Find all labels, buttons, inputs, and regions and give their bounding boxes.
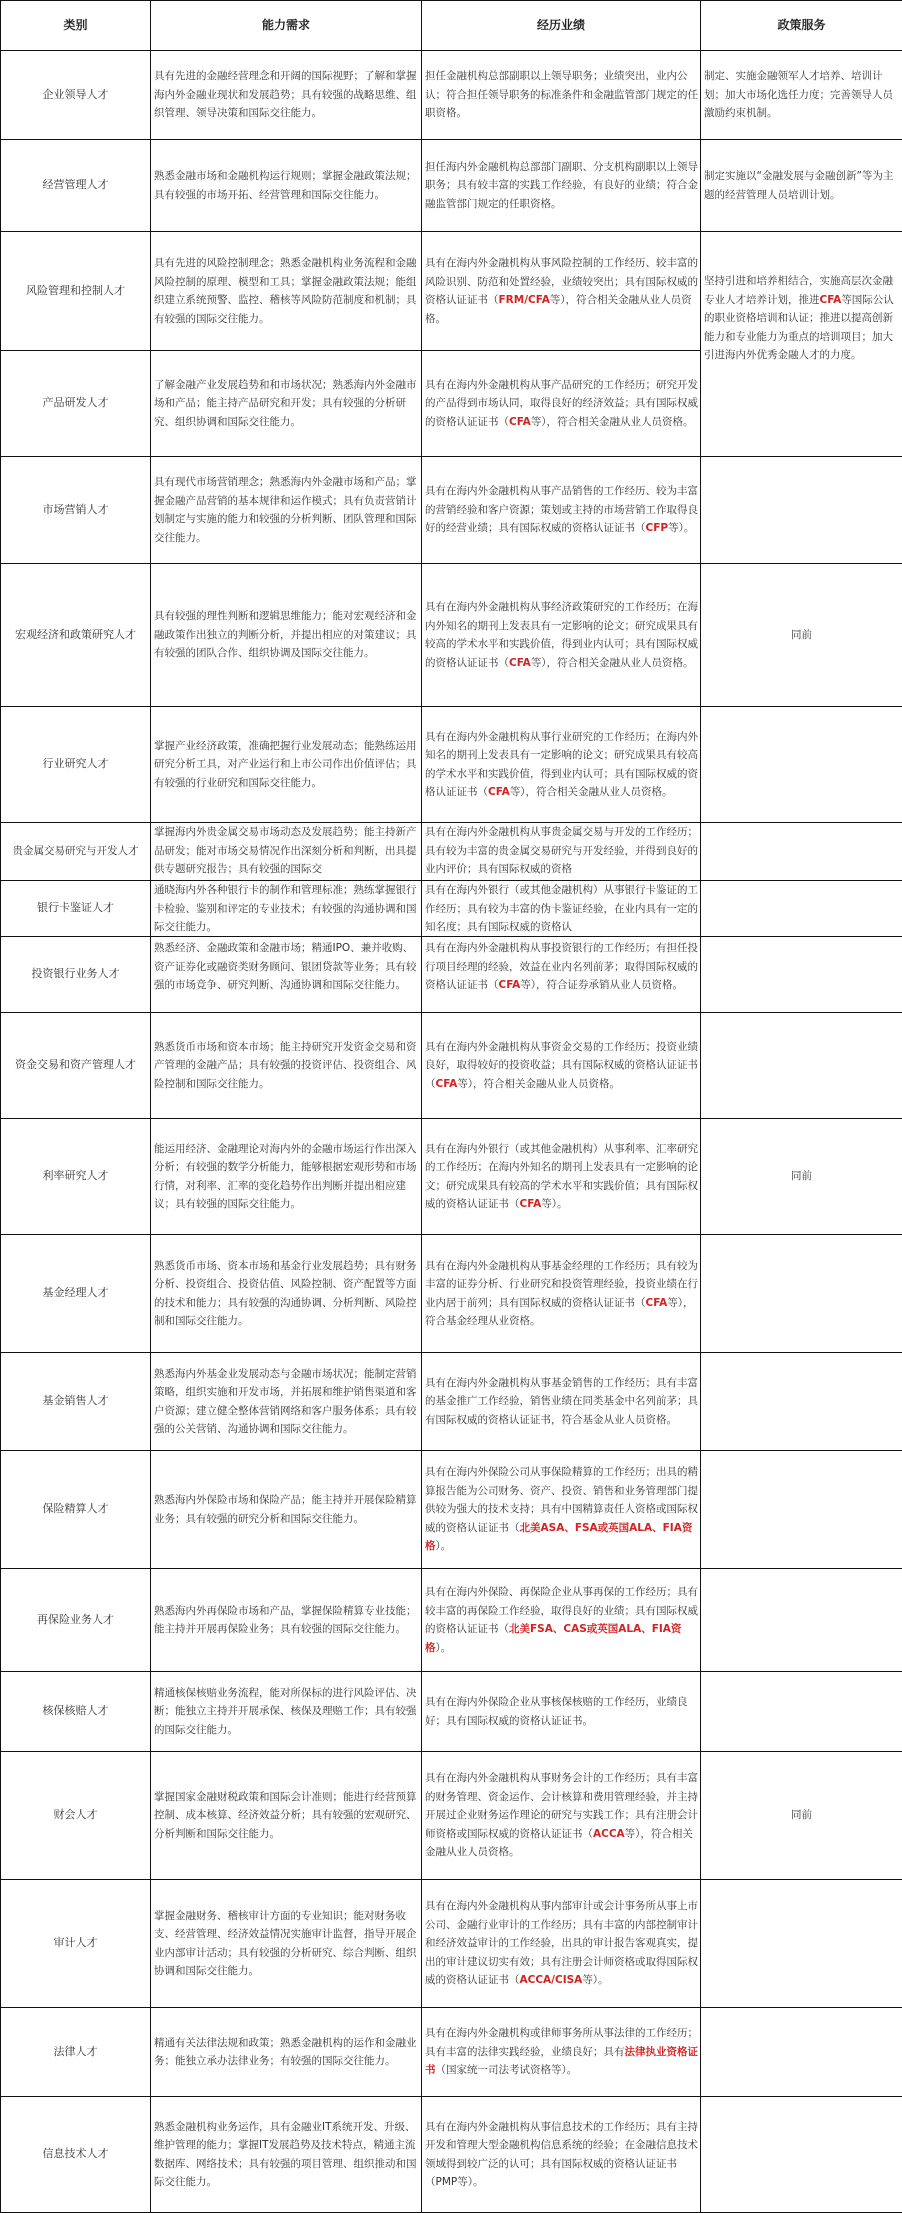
category-cell: 宏观经济和政策研究人才 xyxy=(1,564,151,707)
category-cell: 信息技术人才 xyxy=(1,2097,151,2213)
experience-text-post: （国家统一司法考试资格等）。 xyxy=(436,2064,578,2076)
table-row: 银行卡鉴证人才 通晓海内外各种银行卡的制作和管理标准；熟练掌握银行卡检验、鉴别和… xyxy=(1,881,902,937)
table-row: 核保核赔人才 精通核保核赔业务流程，能对所保标的进行风险评估、决断；能独立主持并… xyxy=(1,1672,902,1752)
policy-cell xyxy=(701,881,902,937)
table-row: 基金销售人才 熟悉海内外基金业发展动态与金融市场状况；能制定营销策略，组织实施和… xyxy=(1,1353,902,1451)
experience-text: 具有在海内外银行（或其他金融机构）从事银行卡鉴证的工作经历；具有较为丰富的伪卡鉴… xyxy=(425,881,698,934)
experience-text-post: 等），符合证券承销从业人员资格。 xyxy=(520,979,683,991)
ability-cell: 熟悉海内外保险市场和保险产品；能主持并开展保险精算业务；具有较强的研究分析和国际… xyxy=(151,1451,422,1569)
certificate-highlight: ACCA/CISA xyxy=(520,1974,583,1986)
ability-cell: 熟悉货币市场和资本市场；能主持研究开发资金交易和资产管理的金融产品；具有较强的投… xyxy=(151,1013,422,1119)
category-cell: 资金交易和资产管理人才 xyxy=(1,1013,151,1119)
experience-cell: 具有在海内外金融机构从事产品研究的工作经历；研究开发的产品得到市场认同，取得良好… xyxy=(422,351,701,457)
ability-cell: 精通核保核赔业务流程，能对所保标的进行风险评估、决断；能独立主持并开展承保、核保… xyxy=(151,1672,422,1752)
table-row: 信息技术人才 熟悉金融机构业务运作，具有金融业IT系统开发、升级、维护管理的能力… xyxy=(1,2097,902,2213)
ability-text: 通晓海内外各种银行卡的制作和管理标准；熟练掌握银行卡检验、鉴别和评定的专业技术；… xyxy=(154,881,419,934)
experience-cell: 具有在海内外金融机构从事信息技术的工作经历；具有主持开发和管理大型金融机构信息系… xyxy=(422,2097,701,2213)
table-row: 宏观经济和政策研究人才 具有较强的理性判断和逻辑思维能力；能对宏观经济和金融政策… xyxy=(1,564,902,707)
certificate-highlight: CFA xyxy=(509,416,531,428)
table-header-row: 类别 能力需求 经历业绩 政策服务 xyxy=(1,1,902,51)
policy-cell xyxy=(701,1235,902,1353)
experience-cell: 担任金融机构总部副职以上领导职务；业绩突出，业内公认；符合担任领导职务的标准条件… xyxy=(422,51,701,140)
certificate-highlight: CFA xyxy=(488,786,510,798)
certificate-highlight: CFA xyxy=(646,1297,668,1309)
category-cell: 保险精算人才 xyxy=(1,1451,151,1569)
policy-cell xyxy=(701,937,902,1013)
experience-cell: 担任海内外金融机构总部部门副职、分支机构副职以上领导职务；具有较丰富的实践工作经… xyxy=(422,140,701,232)
table-row: 审计人才 掌握金融财务、稽核审计方面的专业知识；能对财务收支、经营管理、经济效益… xyxy=(1,1880,902,2008)
table-row: 法律人才 精通有关法律法规和政策；熟悉金融机构的运作和金融业务；能独立承办法律业… xyxy=(1,2008,902,2097)
header-category: 类别 xyxy=(1,1,151,51)
table-row: 财会人才 掌握国家金融财税政策和国际会计准则；能进行经营预算控制、成本核算、经济… xyxy=(1,1752,902,1880)
experience-text-post: 等），符合相关金融从业人员资格。 xyxy=(531,416,694,428)
category-cell: 利率研究人才 xyxy=(1,1119,151,1235)
experience-cell: 具有在海内外金融机构从事财务会计的工作经历；具有丰富的财务管理、资金运作、会计核… xyxy=(422,1752,701,1880)
category-cell: 企业领导人才 xyxy=(1,51,151,140)
header-policy: 政策服务 xyxy=(701,1,902,51)
ability-cell: 具有先进的风险控制理念；熟悉金融机构业务流程和金融风险控制的原理、模型和工具；掌… xyxy=(151,232,422,351)
table-row: 资金交易和资产管理人才 熟悉货币市场和资本市场；能主持研究开发资金交易和资产管理… xyxy=(1,1013,902,1119)
experience-text-post: 等），符合相关金融从业人员资格。 xyxy=(457,1078,620,1090)
experience-text-post: ）。 xyxy=(436,1642,452,1654)
ability-cell: 具有较强的理性判断和逻辑思维能力；能对宏观经济和金融政策作出独立的判断分析，并提… xyxy=(151,564,422,707)
experience-text-post: ）。 xyxy=(436,1540,452,1552)
table-row: 企业领导人才 具有先进的金融经营理念和开阔的国际视野；了解和掌握海内外金融业现状… xyxy=(1,51,902,140)
ability-cell: 掌握海内外贵金属交易市场动态及发展趋势；能主持新产品研发；能对市场交易情况作出深… xyxy=(151,823,422,881)
experience-cell: 具有在海内外金融机构从事基金经理的工作经历；具有较为丰富的证券分析、行业研究和投… xyxy=(422,1235,701,1353)
experience-cell: 具有在海内外金融机构从事基金销售的工作经历；具有丰富的基金推广工作经验，销售业绩… xyxy=(422,1353,701,1451)
experience-cell: 具有在海内外银行（或其他金融机构）从事银行卡鉴证的工作经历；具有较为丰富的伪卡鉴… xyxy=(422,881,701,937)
policy-cell: 同前 xyxy=(701,1119,902,1235)
category-cell: 基金经理人才 xyxy=(1,1235,151,1353)
category-cell: 投资银行业务人才 xyxy=(1,937,151,1013)
ability-cell: 掌握国家金融财税政策和国际会计准则；能进行经营预算控制、成本核算、经济效益分析；… xyxy=(151,1752,422,1880)
header-experience: 经历业绩 xyxy=(422,1,701,51)
experience-cell: 具有在海内外金融机构从事资金交易的工作经历；投资业绩良好，取得较好的投资收益；具… xyxy=(422,1013,701,1119)
experience-text-post: 等）。 xyxy=(541,1198,567,1210)
ability-cell: 熟悉经济、金融政策和金融市场；精通IPO、兼并收购、资产证券化或融资类财务顾问、… xyxy=(151,937,422,1013)
experience-cell: 具有在海内外保险、再保险企业从事再保的工作经历；具有较丰富的再保险工作经验，取得… xyxy=(422,1569,701,1672)
experience-cell: 具有在海内外金融机构或律师事务所从事法律的工作经历；具有丰富的法律实践经验，业绩… xyxy=(422,2008,701,2097)
experience-cell: 具有在海内外保险企业从事核保核赔的工作经历，业绩良好；具有国际权威的资格认证证书… xyxy=(422,1672,701,1752)
category-cell: 市场营销人才 xyxy=(1,457,151,564)
policy-cell: 同前 xyxy=(701,1752,902,1880)
header-ability: 能力需求 xyxy=(151,1,422,51)
talent-requirements-table: 类别 能力需求 经历业绩 政策服务 企业领导人才 具有先进的金融经营理念和开阔的… xyxy=(0,0,902,2213)
ability-cell: 精通有关法律法规和政策；熟悉金融机构的运作和金融业务；能独立承办法律业务；有较强… xyxy=(151,2008,422,2097)
table-row: 利率研究人才 能运用经济、金融理论对海内外的金融市场运行作出深入分析；有较强的数… xyxy=(1,1119,902,1235)
experience-text-post: 等）。 xyxy=(668,522,694,534)
ability-cell: 具有现代市场营销理念；熟悉海内外金融市场和产品；掌握金融产品营销的基本规律和运作… xyxy=(151,457,422,564)
policy-cell xyxy=(701,457,902,564)
experience-cell: 具有在海内外金融机构从事行业研究的工作经历；在海内外知名的期刊上发表具有一定影响… xyxy=(422,707,701,823)
category-cell: 产品研发人才 xyxy=(1,351,151,457)
policy-cell: 坚持引进和培养相结合，实施高层次金融专业人才培养计划，推进CFA等国际公认的职业… xyxy=(701,232,902,457)
policy-cell: 制定实施以“金融发展与金融创新”等为主题的经营管理人员培训计划。 xyxy=(701,140,902,232)
experience-text: 具有在海内外保险企业从事核保核赔的工作经历，业绩良好；具有国际权威的资格认证证书… xyxy=(425,1696,688,1727)
table-row: 保险精算人才 熟悉海内外保险市场和保险产品；能主持并开展保险精算业务；具有较强的… xyxy=(1,1451,902,1569)
policy-cell xyxy=(701,823,902,881)
category-cell: 行业研究人才 xyxy=(1,707,151,823)
certificate-highlight: CFP xyxy=(646,522,669,534)
table-row: 投资银行业务人才 熟悉经济、金融政策和金融市场；精通IPO、兼并收购、资产证券化… xyxy=(1,937,902,1013)
certificate-highlight: CFA xyxy=(436,1078,458,1090)
experience-text-post: 等），符合相关金融从业人员资格。 xyxy=(531,657,694,669)
experience-cell: 具有在海内外金融机构从事内部审计或会计事务所从事上市公司、金融行业审计的工作经历… xyxy=(422,1880,701,2008)
ability-cell: 掌握产业经济政策，准确把握行业发展动态；能熟练运用研究分析工具，对产业运行和上市… xyxy=(151,707,422,823)
ability-cell: 熟悉金融市场和金融机构运行规则；掌握金融政策法规；具有较强的市场开拓、经营管理和… xyxy=(151,140,422,232)
category-cell: 基金销售人才 xyxy=(1,1353,151,1451)
experience-cell: 具有在海内外金融机构从事经济政策研究的工作经历；在海内外知名的期刊上发表具有一定… xyxy=(422,564,701,707)
experience-text: 具有在海内外金融机构从事信息技术的工作经历；具有主持开发和管理大型金融机构信息系… xyxy=(425,2121,698,2189)
policy-cell xyxy=(701,2097,902,2213)
ability-cell: 了解金融产业发展趋势和和市场状况；熟悉海内外金融市场和产品；能主持产品研究和开发… xyxy=(151,351,422,457)
table-row: 经营管理人才 熟悉金融市场和金融机构运行规则；掌握金融政策法规；具有较强的市场开… xyxy=(1,140,902,232)
ability-cell: 熟悉金融机构业务运作，具有金融业IT系统开发、升级、维护管理的能力；掌握IT发展… xyxy=(151,2097,422,2213)
experience-text-post: 等）。 xyxy=(582,1974,608,1986)
policy-cell xyxy=(701,1672,902,1752)
experience-text: 具有在海内外金融机构从事基金销售的工作经历；具有丰富的基金推广工作经验，销售业绩… xyxy=(425,1377,698,1426)
experience-cell: 具有在海内外金融机构从事投资银行的工作经历；有担任投行项目经理的经验，效益在业内… xyxy=(422,937,701,1013)
policy-cell xyxy=(701,1353,902,1451)
experience-cell: 具有在海内外金融机构从事贵金属交易与开发的工作经历；具有较为丰富的贵金属交易研究… xyxy=(422,823,701,881)
table-row: 风险管理和控制人才 具有先进的风险控制理念；熟悉金融机构业务流程和金融风险控制的… xyxy=(1,232,902,351)
certificate-highlight: CFA xyxy=(509,657,531,669)
category-cell: 贵金属交易研究与开发人才 xyxy=(1,823,151,881)
ability-cell: 能运用经济、金融理论对海内外的金融市场运行作出深入分析；有较强的数学分析能力，能… xyxy=(151,1119,422,1235)
table-row: 市场营销人才 具有现代市场营销理念；熟悉海内外金融市场和产品；掌握金融产品营销的… xyxy=(1,457,902,564)
experience-text: 担任海内外金融机构总部部门副职、分支机构副职以上领导职务；具有较丰富的实践工作经… xyxy=(425,161,698,210)
certificate-highlight: CFA xyxy=(520,1198,542,1210)
policy-cell xyxy=(701,1013,902,1119)
experience-text: 具有在海内外金融机构从事贵金属交易与开发的工作经历；具有较为丰富的贵金属交易研究… xyxy=(425,823,698,878)
ability-cell: 通晓海内外各种银行卡的制作和管理标准；熟练掌握银行卡检验、鉴别和评定的专业技术；… xyxy=(151,881,422,937)
experience-text: 担任金融机构总部副职以上领导职务；业绩突出，业内公认；符合担任领导职务的标准条件… xyxy=(425,70,698,119)
table-row: 基金经理人才 熟悉货币市场、资本市场和基金行业发展趋势；具有财务分析、投资组合、… xyxy=(1,1235,902,1353)
certificate-highlight: CFA xyxy=(499,979,521,991)
category-cell: 法律人才 xyxy=(1,2008,151,2097)
policy-cell: 制定、实施金融领军人才培养、培训计划；加大市场化选任力度；完善领导人员激励约束机… xyxy=(701,51,902,140)
policy-cell xyxy=(701,1451,902,1569)
table-row: 行业研究人才 掌握产业经济政策，准确把握行业发展动态；能熟练运用研究分析工具，对… xyxy=(1,707,902,823)
category-cell: 经营管理人才 xyxy=(1,140,151,232)
ability-cell: 熟悉海内外再保险市场和产品，掌握保险精算专业技能；能主持并开展再保险业务；具有较… xyxy=(151,1569,422,1672)
ability-cell: 具有先进的金融经营理念和开阔的国际视野；了解和掌握海内外金融业现状和发展趋势；具… xyxy=(151,51,422,140)
ability-text: 掌握海内外贵金属交易市场动态及发展趋势；能主持新产品研发；能对市场交易情况作出深… xyxy=(154,823,419,878)
table-row: 再保险业务人才 熟悉海内外再保险市场和产品，掌握保险精算专业技能；能主持并开展再… xyxy=(1,1569,902,1672)
experience-cell: 具有在海内外保险公司从事保险精算的工作经历；出具的精算报告能为公司财务、资产、投… xyxy=(422,1451,701,1569)
certificate-highlight: ACCA xyxy=(593,1828,625,1840)
table-row: 贵金属交易研究与开发人才 掌握海内外贵金属交易市场动态及发展趋势；能主持新产品研… xyxy=(1,823,902,881)
category-cell: 银行卡鉴证人才 xyxy=(1,881,151,937)
policy-cell xyxy=(701,1880,902,2008)
category-cell: 审计人才 xyxy=(1,1880,151,2008)
category-cell: 再保险业务人才 xyxy=(1,1569,151,1672)
experience-text-post: 等），符合相关金融从业人员资格。 xyxy=(510,786,673,798)
policy-cell xyxy=(701,707,902,823)
policy-cell xyxy=(701,1569,902,1672)
policy-cell: 同前 xyxy=(701,564,902,707)
experience-cell: 具有在海内外金融机构从事产品销售的工作经历、较为丰富的营销经验和客户资源；策划或… xyxy=(422,457,701,564)
ability-cell: 熟悉货币市场、资本市场和基金行业发展趋势；具有财务分析、投资组合、投资估值、风险… xyxy=(151,1235,422,1353)
ability-cell: 掌握金融财务、稽核审计方面的专业知识；能对财务收支、经营管理、经济效益情况实施审… xyxy=(151,1880,422,2008)
ability-cell: 熟悉海内外基金业发展动态与金融市场状况；能制定营销策略，组织实施和开发市场，并拓… xyxy=(151,1353,422,1451)
category-cell: 财会人才 xyxy=(1,1752,151,1880)
category-cell: 风险管理和控制人才 xyxy=(1,232,151,351)
certificate-highlight: FRM/CFA xyxy=(499,294,550,306)
certificate-highlight: CFA xyxy=(820,294,842,306)
policy-cell xyxy=(701,2008,902,2097)
experience-cell: 具有在海内外银行（或其他金融机构）从事利率、汇率研究的工作经历；在海内外知名的期… xyxy=(422,1119,701,1235)
category-cell: 核保核赔人才 xyxy=(1,1672,151,1752)
experience-cell: 具有在海内外金融机构从事风险控制的工作经历、较丰富的风险识别、防范和处置经验，业… xyxy=(422,232,701,351)
